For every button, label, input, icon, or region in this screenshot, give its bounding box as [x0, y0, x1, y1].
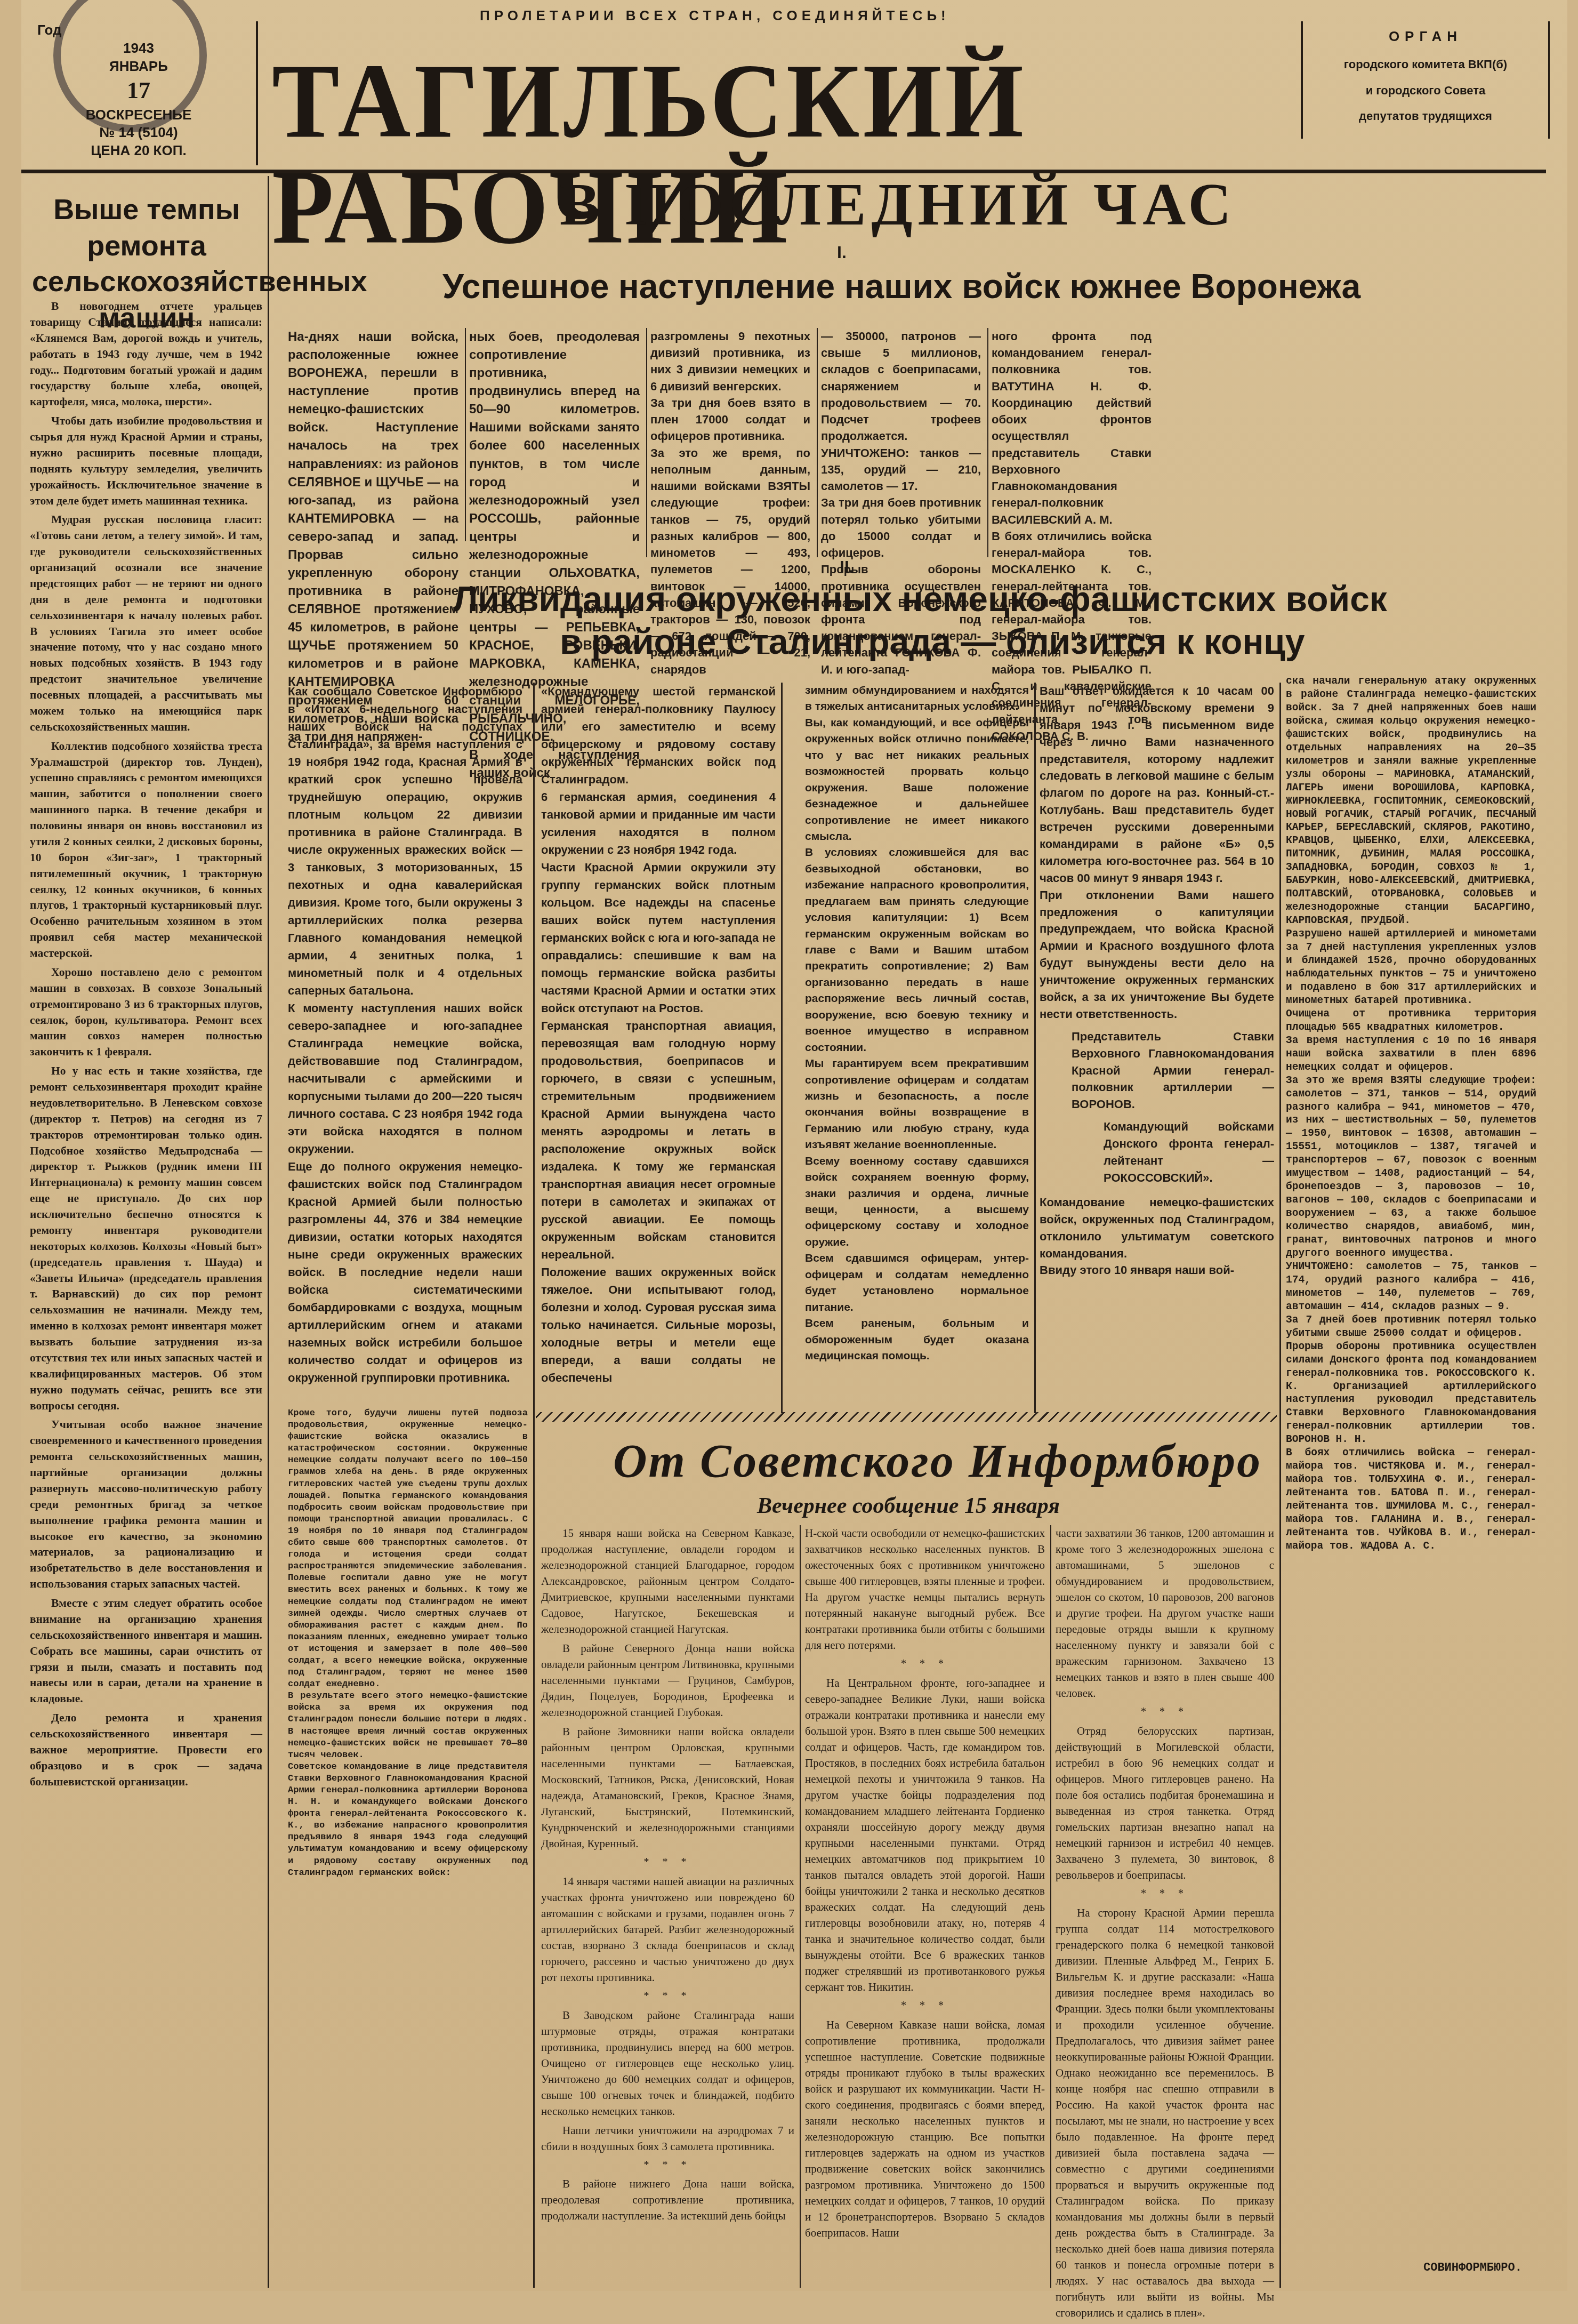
- section-2-title-line-2: в районе Сталинграда — близится к концу: [560, 621, 1305, 662]
- paragraph: Коллектив подсобного хозяйства треста Ур…: [30, 739, 262, 961]
- year: 1943: [21, 39, 256, 58]
- sovinformburo-col-2: Н-ской части освободили от немецко-фашис…: [805, 1525, 1045, 2244]
- paragraph: Хорошо поставлено дело с ремонтом машин …: [30, 965, 262, 1060]
- stars-separator: * * *: [541, 1855, 794, 1870]
- paragraph: Но у нас есть и такие хозяйства, где рем…: [30, 1063, 262, 1414]
- newspaper-page: Год 1943 ЯНВАРЬ 17 ВОСКРЕСЕНЬЕ № 14 (510…: [21, 0, 1567, 2291]
- section-2-col-2: «Командующему шестой германской армией г…: [541, 683, 776, 1387]
- stars-separator: * * *: [541, 2158, 794, 2173]
- paragraph: Н-ской части освободили от немецко-фашис…: [805, 1525, 1045, 1653]
- paragraph: части захватили 36 танков, 1200 автомаши…: [1056, 1525, 1274, 1701]
- organ-line-2: и городского Совета: [1303, 78, 1548, 103]
- column-rule: [268, 176, 269, 2288]
- paragraph: Отряд белорусских партизан, действующий …: [1056, 1723, 1274, 1883]
- paragraph: Чтобы дать изобилие продовольствия и сыр…: [30, 413, 262, 509]
- slogan: ПРОЛЕТАРИИ ВСЕХ СТРАН, СОЕДИНЯЙТЕСЬ!: [480, 7, 950, 24]
- section-2-col-4: Ваш ответ ожидается к 10 часам 00 минут …: [1040, 683, 1274, 1023]
- paragraph: 14 января частями нашей авиации на разли…: [541, 1873, 794, 1985]
- column-rule: [800, 1525, 801, 2288]
- paragraph: В новогоднем отчете уральцев товарищу Ст…: [30, 299, 262, 410]
- stars-separator: * * *: [805, 1998, 1045, 2014]
- paragraph: На Центральном фронте, юго-западнее и се…: [805, 1675, 1045, 1995]
- section-1-title: Успешное наступление наших войск южнее В…: [442, 267, 1360, 306]
- section-2-numeral: II.: [840, 557, 854, 577]
- last-hour-heading: В ПОСЛЕДНИЙ ЧАС: [560, 171, 1236, 239]
- section-1-numeral: I.: [837, 243, 847, 262]
- sovinformburo-col-1: 15 января наши войска на Северном Кавказ…: [541, 1525, 794, 2227]
- issue-number: № 14 (5104): [21, 124, 256, 142]
- signature-voronov: Представитель Ставки Верховного Главноко…: [1040, 1028, 1274, 1113]
- issue-info-box: Год 1943 ЯНВАРЬ 17 ВОСКРЕСЕНЬЕ № 14 (510…: [21, 21, 258, 165]
- wavy-divider: [536, 1412, 1277, 1422]
- weekday: ВОСКРЕСЕНЬЕ: [21, 106, 256, 124]
- section-2-title-line-1: Ликвидация окруженных немецко-фашистских…: [453, 579, 1387, 619]
- section-2-col-4-block: Ваш ответ ожидается к 10 часам 00 минут …: [1040, 683, 1274, 1279]
- column-rule: [646, 328, 647, 557]
- column-rule: [987, 328, 988, 557]
- paragraph: Мудрая русская пословица гласит: «Готовь…: [30, 512, 262, 735]
- paragraph: На Северном Кавказе наши войска, ломая с…: [805, 2017, 1045, 2241]
- organ-heading: ОРГАН: [1303, 21, 1548, 52]
- section-1-col-5: ного фронта под командованием генерал-по…: [992, 328, 1152, 744]
- paragraph: 15 января наши войска на Северном Кавказ…: [541, 1525, 794, 1637]
- column-rule: [1279, 683, 1281, 2288]
- section-2-col-5: ска начали генеральную атаку окруженных …: [1286, 675, 1536, 1553]
- organ-line-1: городского комитета ВКП(б): [1303, 52, 1548, 77]
- organ-box: ОРГАН городского комитета ВКП(б) и город…: [1301, 21, 1550, 139]
- section-2-col-1: Как сообщало Советское Информбюро в «Ито…: [288, 683, 522, 1387]
- section-2-col-1b: Кроме того, будучи лишены путей подвоза …: [288, 1408, 528, 1879]
- stars-separator: * * *: [541, 1989, 794, 2004]
- paragraph: Вместе с этим следует обратить особое вн…: [30, 1596, 262, 1707]
- paragraph: Дело ремонта и хранения сельскохозяйстве…: [30, 1710, 262, 1790]
- column-rule: [465, 328, 466, 541]
- year-label: Год: [21, 21, 256, 39]
- section-2-col-4b: Командование немецко-фашистских войск, о…: [1040, 1194, 1274, 1279]
- paragraph: В районе нижнего Дона наши войска, преод…: [541, 2176, 794, 2224]
- sovinformburo-subtitle: Вечернее сообщение 15 января: [757, 1493, 1060, 1519]
- sovinformburo-title: От Советского Информбюро: [613, 1435, 1262, 1488]
- paragraph: Наши летчики уничтожили на аэродромах 7 …: [541, 2122, 794, 2154]
- paragraph: В районе Северного Донца наши войска овл…: [541, 1640, 794, 1720]
- organ-line-3: депутатов трудящихся: [1303, 103, 1548, 129]
- left-article-body: В новогоднем отчете уральцев товарищу Ст…: [30, 299, 262, 1793]
- paragraph: В Заводском районе Сталинграда наши штур…: [541, 2007, 794, 2119]
- signature-rokossovsky: Командующий войсками Донского фронта ген…: [1040, 1118, 1274, 1187]
- stars-separator: * * *: [1056, 1704, 1274, 1720]
- column-rule: [1034, 683, 1036, 1413]
- stars-separator: * * *: [805, 1656, 1045, 1672]
- paragraph: На сторону Красной Армии перешла группа …: [1056, 1905, 1274, 2291]
- sovinformburo-col-3: части захватили 36 танков, 1200 автомаши…: [1056, 1525, 1274, 2291]
- sovinformburo-signoff: СОВИНФОРМБЮРО.: [1423, 2261, 1522, 2274]
- paragraph: Учитывая особо важное значение своевреме…: [30, 1417, 262, 1592]
- column-rule: [533, 683, 535, 2288]
- section-2-col-3: зимним обмундированием и находятся в тяж…: [805, 683, 1029, 1364]
- day: 17: [21, 75, 256, 106]
- column-rule: [817, 328, 818, 557]
- stars-separator: * * *: [1056, 1886, 1274, 1902]
- column-rule: [1050, 1525, 1051, 2288]
- column-rule: [781, 683, 783, 1413]
- month: ЯНВАРЬ: [21, 58, 256, 76]
- price: ЦЕНА 20 КОП.: [21, 142, 256, 160]
- paragraph: В районе Зимовники наши войска овладели …: [541, 1724, 794, 1852]
